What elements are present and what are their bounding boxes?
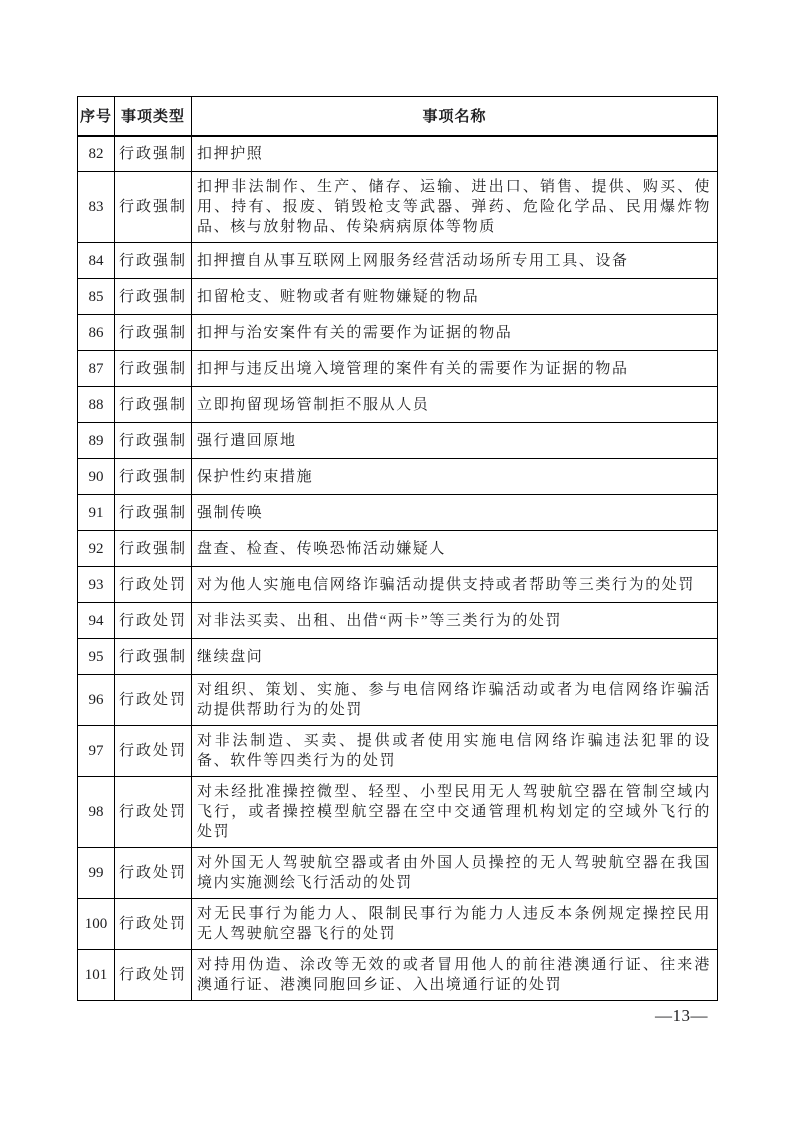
row-item-name: 扣押与治安案件有关的需要作为证据的物品 [192, 315, 718, 351]
table-body: 82 行政强制 扣押护照 83 行政强制 扣押非法制作、生产、储存、运输、进出口… [78, 136, 718, 1001]
row-item-name: 立即拘留现场管制拒不服从人员 [192, 387, 718, 423]
table-row: 97 行政处罚 对非法制造、买卖、提供或者使用实施电信网络诈骗违法犯罪的设备、软… [78, 726, 718, 777]
row-item-name: 对为他人实施电信网络诈骗活动提供支持或者帮助等三类行为的处罚 [192, 567, 718, 603]
row-serial-number: 99 [78, 848, 115, 899]
row-item-name: 扣押护照 [192, 136, 718, 172]
row-item-name: 扣押非法制作、生产、储存、运输、进出口、销售、提供、购买、使用、持有、报废、销毁… [192, 172, 718, 243]
header-cell-serial-number: 序号 [78, 97, 115, 136]
row-item-name: 扣押与违反出境入境管理的案件有关的需要作为证据的物品 [192, 351, 718, 387]
row-item-name: 继续盘问 [192, 639, 718, 675]
header-cell-item-name: 事项名称 [192, 97, 718, 136]
row-item-name: 对非法买卖、出租、出借“两卡”等三类行为的处罚 [192, 603, 718, 639]
row-serial-number: 90 [78, 459, 115, 495]
row-item-type: 行政强制 [115, 315, 192, 351]
table-header: 序号 事项类型 事项名称 [78, 97, 718, 136]
row-item-type: 行政处罚 [115, 603, 192, 639]
row-item-name: 对持用伪造、涂改等无效的或者冒用他人的前往港澳通行证、往来港澳通行证、港澳同胞回… [192, 950, 718, 1001]
row-item-type: 行政强制 [115, 136, 192, 172]
row-item-type: 行政强制 [115, 279, 192, 315]
row-serial-number: 94 [78, 603, 115, 639]
row-serial-number: 91 [78, 495, 115, 531]
table-row: 82 行政强制 扣押护照 [78, 136, 718, 172]
row-item-type: 行政强制 [115, 459, 192, 495]
table-row: 91 行政强制 强制传唤 [78, 495, 718, 531]
row-item-name: 保护性约束措施 [192, 459, 718, 495]
row-serial-number: 97 [78, 726, 115, 777]
table-row: 89 行政强制 强行遣回原地 [78, 423, 718, 459]
row-item-type: 行政强制 [115, 531, 192, 567]
row-item-type: 行政强制 [115, 172, 192, 243]
row-serial-number: 85 [78, 279, 115, 315]
row-serial-number: 89 [78, 423, 115, 459]
row-item-type: 行政强制 [115, 243, 192, 279]
row-item-name: 对未经批准操控微型、轻型、小型民用无人驾驶航空器在管制空域内飞行，或者操控模型航… [192, 777, 718, 848]
table-row: 93 行政处罚 对为他人实施电信网络诈骗活动提供支持或者帮助等三类行为的处罚 [78, 567, 718, 603]
table-row: 96 行政处罚 对组织、策划、实施、参与电信网络诈骗活动或者为电信网络诈骗活动提… [78, 675, 718, 726]
row-item-name: 对非法制造、买卖、提供或者使用实施电信网络诈骗违法犯罪的设备、软件等四类行为的处… [192, 726, 718, 777]
row-item-type: 行政处罚 [115, 777, 192, 848]
row-serial-number: 82 [78, 136, 115, 172]
row-serial-number: 88 [78, 387, 115, 423]
row-serial-number: 95 [78, 639, 115, 675]
row-item-name: 盘查、检查、传唤恐怖活动嫌疑人 [192, 531, 718, 567]
row-item-type: 行政强制 [115, 387, 192, 423]
table-row: 100 行政处罚 对无民事行为能力人、限制民事行为能力人违反本条例规定操控民用无… [78, 899, 718, 950]
table-row: 87 行政强制 扣押与违反出境入境管理的案件有关的需要作为证据的物品 [78, 351, 718, 387]
row-item-type: 行政处罚 [115, 567, 192, 603]
table-row: 98 行政处罚 对未经批准操控微型、轻型、小型民用无人驾驶航空器在管制空域内飞行… [78, 777, 718, 848]
row-item-type: 行政强制 [115, 639, 192, 675]
row-serial-number: 86 [78, 315, 115, 351]
row-item-type: 行政处罚 [115, 950, 192, 1001]
row-item-name: 扣留枪支、赃物或者有赃物嫌疑的物品 [192, 279, 718, 315]
row-item-type: 行政处罚 [115, 899, 192, 950]
row-item-type: 行政处罚 [115, 726, 192, 777]
row-serial-number: 98 [78, 777, 115, 848]
row-item-type: 行政强制 [115, 351, 192, 387]
table-row: 85 行政强制 扣留枪支、赃物或者有赃物嫌疑的物品 [78, 279, 718, 315]
table-row: 86 行政强制 扣押与治安案件有关的需要作为证据的物品 [78, 315, 718, 351]
table-row: 94 行政处罚 对非法买卖、出租、出借“两卡”等三类行为的处罚 [78, 603, 718, 639]
row-item-name: 对组织、策划、实施、参与电信网络诈骗活动或者为电信网络诈骗活动提供帮助行为的处罚 [192, 675, 718, 726]
table-row: 101 行政处罚 对持用伪造、涂改等无效的或者冒用他人的前往港澳通行证、往来港澳… [78, 950, 718, 1001]
table-row: 99 行政处罚 对外国无人驾驶航空器或者由外国人员操控的无人驾驶航空器在我国境内… [78, 848, 718, 899]
row-item-name: 强行遣回原地 [192, 423, 718, 459]
row-serial-number: 92 [78, 531, 115, 567]
row-item-name: 强制传唤 [192, 495, 718, 531]
row-item-type: 行政强制 [115, 423, 192, 459]
header-cell-item-type: 事项类型 [115, 97, 192, 136]
row-item-name: 对无民事行为能力人、限制民事行为能力人违反本条例规定操控民用无人驾驶航空器飞行的… [192, 899, 718, 950]
row-serial-number: 101 [78, 950, 115, 1001]
table-row: 95 行政强制 继续盘问 [78, 639, 718, 675]
header-row: 序号 事项类型 事项名称 [78, 97, 718, 136]
page-number: —13— [655, 1006, 708, 1026]
row-serial-number: 100 [78, 899, 115, 950]
table-row: 83 行政强制 扣押非法制作、生产、储存、运输、进出口、销售、提供、购买、使用、… [78, 172, 718, 243]
table-row: 88 行政强制 立即拘留现场管制拒不服从人员 [78, 387, 718, 423]
row-serial-number: 93 [78, 567, 115, 603]
row-item-type: 行政处罚 [115, 848, 192, 899]
row-item-name: 扣押擅自从事互联网上网服务经营活动场所专用工具、设备 [192, 243, 718, 279]
row-serial-number: 84 [78, 243, 115, 279]
items-table: 序号 事项类型 事项名称 82 行政强制 扣押护照 83 行政强制 扣押非法制作… [77, 96, 718, 1001]
row-item-name: 对外国无人驾驶航空器或者由外国人员操控的无人驾驶航空器在我国境内实施测绘飞行活动… [192, 848, 718, 899]
row-serial-number: 83 [78, 172, 115, 243]
row-serial-number: 87 [78, 351, 115, 387]
document-page: 序号 事项类型 事项名称 82 行政强制 扣押护照 83 行政强制 扣押非法制作… [0, 0, 793, 1122]
row-item-type: 行政强制 [115, 495, 192, 531]
row-item-type: 行政处罚 [115, 675, 192, 726]
table-row: 92 行政强制 盘查、检查、传唤恐怖活动嫌疑人 [78, 531, 718, 567]
table-row: 84 行政强制 扣押擅自从事互联网上网服务经营活动场所专用工具、设备 [78, 243, 718, 279]
row-serial-number: 96 [78, 675, 115, 726]
table-row: 90 行政强制 保护性约束措施 [78, 459, 718, 495]
